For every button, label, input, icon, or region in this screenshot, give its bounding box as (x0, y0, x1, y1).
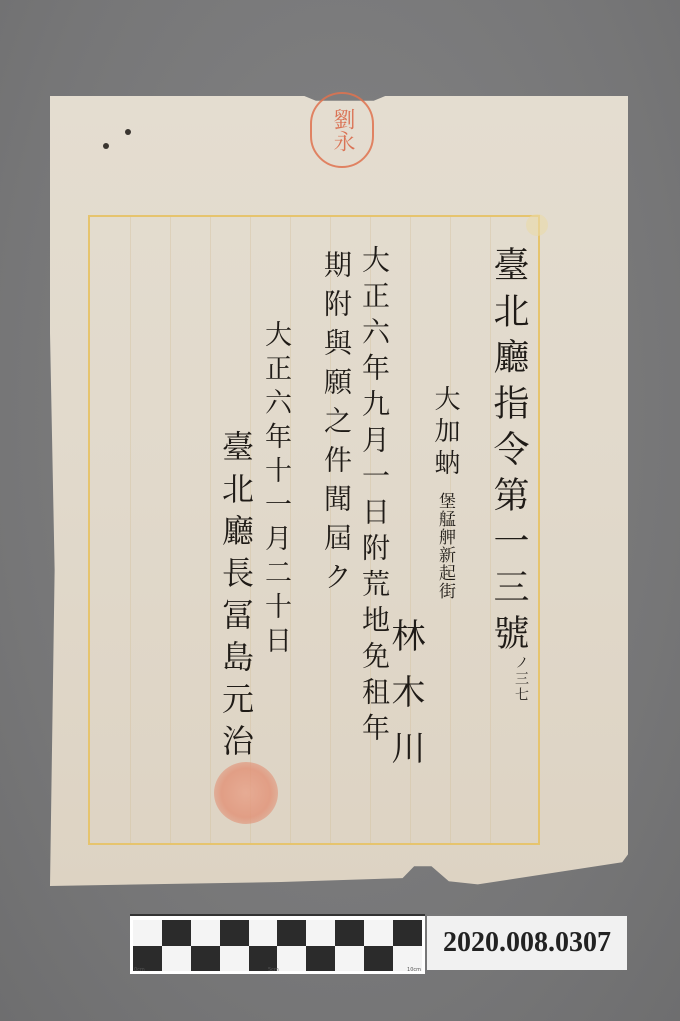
document-title: 臺北廳指令第一三號 (490, 246, 526, 660)
addressee-sublocation: 堡艋舺新起街 (436, 492, 453, 600)
issue-date: 大正六年十一月二十日 (262, 320, 289, 660)
scale-label-5: 5cm (268, 967, 279, 973)
pin-hole (103, 143, 109, 149)
ruled-frame (88, 215, 540, 845)
scale-label-10: 10cm (407, 967, 421, 973)
accession-number: 2020.008.0307 (427, 916, 627, 970)
addressee-location: 大加蚋 (432, 385, 458, 481)
top-red-seal: 劉永 (310, 92, 374, 168)
body-line-1: 大正六年九月一日附荒地免租年 (360, 245, 388, 749)
color-scale-bar: 0cm 5cm 10cm (130, 914, 425, 974)
bottom-red-seal (214, 762, 278, 824)
pin-hole (125, 129, 131, 135)
scale-label-0: 0cm (134, 967, 145, 973)
body-line-2: 期附與願之件聞屆ク (322, 250, 350, 601)
signatory: 臺北廳長冨島元治 (220, 430, 252, 766)
title-number-note: ノ三七 (514, 655, 528, 703)
frame-corner-mark (526, 214, 548, 236)
addressee-name: 林木川 (388, 618, 422, 786)
